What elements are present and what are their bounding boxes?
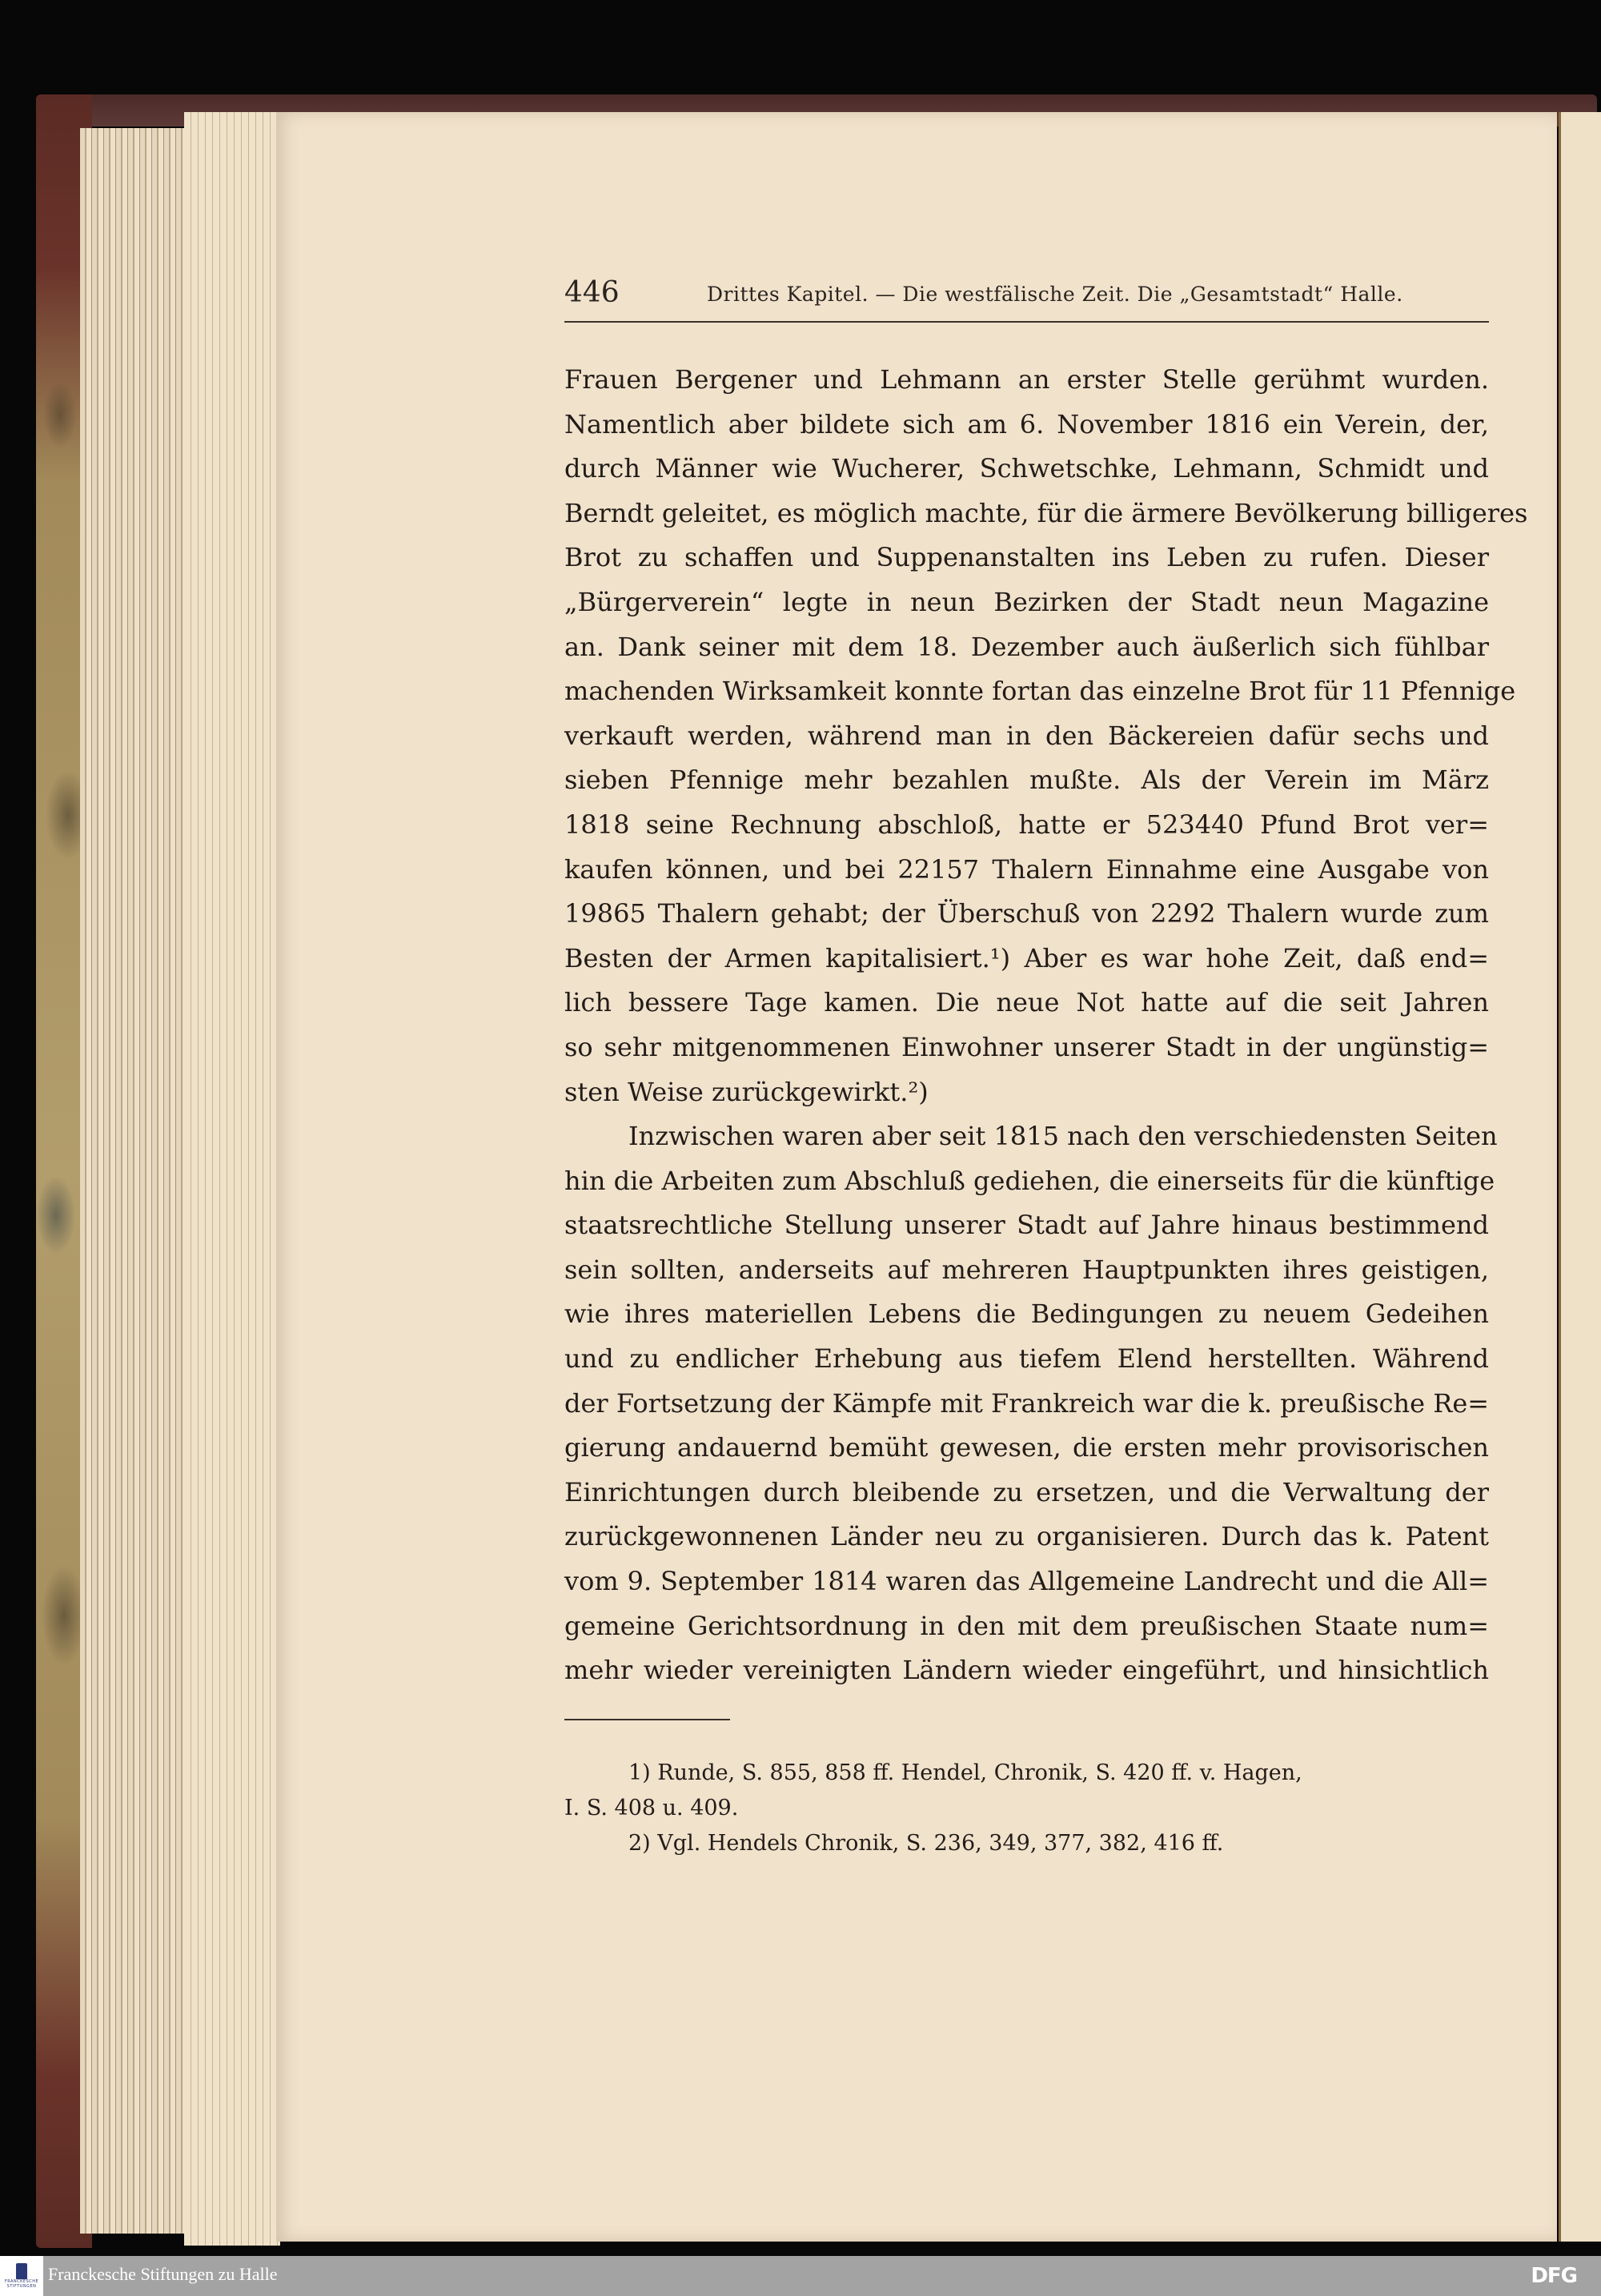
page-stack-inner-edges [184, 112, 280, 2246]
text-line: so sehr mitgenommenen Einwohner unserer … [564, 1026, 1489, 1070]
facing-page-sliver [1561, 112, 1601, 2242]
logo-text-2: STIFTUNGEN [7, 2284, 37, 2289]
footnote-2: 2) Vgl. Hendels Chronik, S. 236, 349, 37… [564, 1826, 1477, 1861]
text-line: mehr wieder vereinigten Ländern wieder e… [564, 1648, 1489, 1693]
text-line: sein sollten, anderseits auf mehreren Ha… [564, 1248, 1489, 1293]
text-line: machenden Wirksamkeit konnte fortan das … [564, 669, 1489, 714]
text-line: Namentlich aber bildete sich am 6. Novem… [564, 403, 1489, 448]
body-text: Frauen Bergener und Lehmann an erster St… [564, 358, 1489, 1693]
chapter-title: Drittes Kapitel. — Die westfälische Zeit… [707, 283, 1403, 306]
page-number: 446 [564, 276, 620, 309]
text-line: Einrichtungen durch bleibende zu ersetze… [564, 1471, 1489, 1515]
text-line: „Bürgerverein“ legte in neun Bezirken de… [564, 580, 1489, 625]
text-line: Besten der Armen kapitalisiert.¹) Aber e… [564, 937, 1489, 981]
text-line: sieben Pfennige mehr bezahlen mußte. Als… [564, 758, 1489, 803]
footnote-1: 1) Runde, S. 855, 858 ff. Hendel, Chroni… [564, 1756, 1477, 1791]
dfg-logo: DFG [1531, 2264, 1577, 2288]
text-line: vom 9. September 1814 waren das Allgemei… [564, 1559, 1489, 1604]
franckesche-stiftungen-logo: FRANCKESCHE STIFTUNGEN [0, 2256, 43, 2296]
header-rule [564, 321, 1489, 323]
text-line: lich bessere Tage kamen. Die neue Not ha… [564, 981, 1489, 1026]
text-line: zurückgewonnenen Länder neu zu organisie… [564, 1515, 1489, 1559]
text-line: hin die Arbeiten zum Abschluß gediehen, … [564, 1159, 1489, 1204]
text-line-paragraph-start: Inzwischen waren aber seit 1815 nach den… [564, 1114, 1489, 1159]
institution-name: Franckesche Stiftungen zu Halle [48, 2264, 278, 2285]
text-line-paragraph-end: sten Weise zurückgewirkt.²) [564, 1070, 1489, 1115]
text-line: gemeine Gerichtsordnung in den mit dem p… [564, 1604, 1489, 1649]
text-line: Berndt geleitet, es möglich machte, für … [564, 492, 1489, 536]
text-line: Frauen Bergener und Lehmann an erster St… [564, 358, 1489, 403]
text-line: gierung andauernd bemüht gewesen, die er… [564, 1426, 1489, 1471]
footnotes: 1) Runde, S. 855, 858 ff. Hendel, Chroni… [564, 1756, 1477, 1861]
text-line: an. Dank seiner mit dem 18. Dezember auc… [564, 625, 1489, 670]
footnote-rule [564, 1719, 730, 1720]
text-line: staatsrechtliche Stellung unserer Stadt … [564, 1203, 1489, 1248]
text-line: 19865 Thalern gehabt; der Überschuß von … [564, 892, 1489, 937]
text-line: verkauft werden, während man in den Bäck… [564, 714, 1489, 759]
text-line: 1818 seine Rechnung abschloß, hatte er 5… [564, 803, 1489, 848]
text-line: der Fortsetzung der Kämpfe mit Frankreic… [564, 1382, 1489, 1427]
text-line: wie ihres materiellen Lebens die Bedingu… [564, 1292, 1489, 1337]
text-line: durch Männer wie Wucherer, Schwetschke, … [564, 447, 1489, 492]
running-head: 446 Drittes Kapitel. — Die westfälische … [564, 276, 1489, 318]
footnote-1-continued: I. S. 408 u. 409. [564, 1791, 1477, 1826]
text-line: und zu endlicher Erhebung aus tiefem Ele… [564, 1337, 1489, 1382]
footer-bar: FRANCKESCHE STIFTUNGEN Franckesche Stift… [0, 2256, 1601, 2296]
text-line: kaufen können, und bei 22157 Thalern Ein… [564, 848, 1489, 893]
text-line: Brot zu schaffen und Suppenanstalten ins… [564, 536, 1489, 580]
logo-figure-icon [16, 2263, 27, 2279]
